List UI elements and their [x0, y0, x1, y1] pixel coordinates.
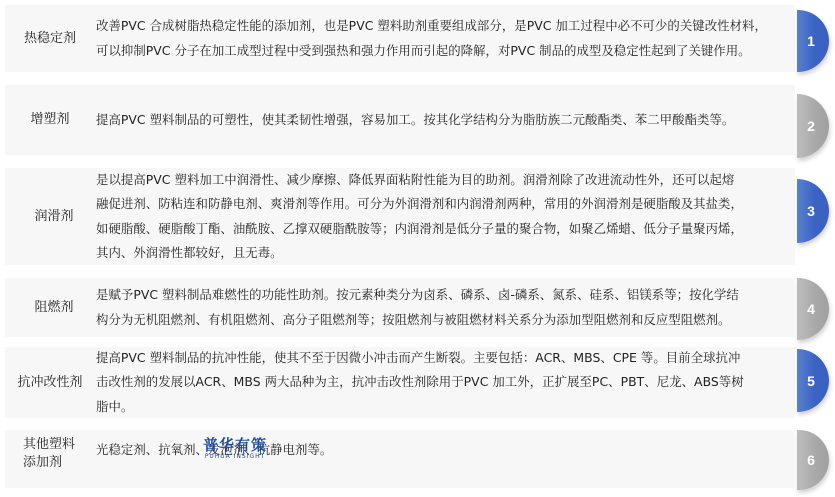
number-badge: 3: [797, 179, 829, 243]
number-badge: 2: [797, 94, 829, 158]
row-description: 提高PVC 塑料制品的抗冲性能，使其不至于因微小冲击而产生断裂。主要包括：ACR…: [96, 347, 788, 418]
row-description: 改善PVC 合成树脂热稳定性能的添加剂，也是PVC 塑料助剂重要组成部分，是PV…: [96, 5, 788, 72]
description-line: 击改性剂的发展以ACR、MBS 两大品种为主，抗冲击改性剂除用于PVC 加工外，…: [96, 370, 744, 395]
row-label: 润滑剂: [5, 168, 95, 265]
description-line: 融促进剂、防粘连和防静电剂、爽滑剂等作用。可分为外润滑剂和内润滑剂两种，常用的外…: [96, 192, 743, 217]
row-label: 其他塑料添加剂: [5, 430, 95, 488]
additive-row-other-additives: 其他塑料添加剂 光稳定剂、抗氧剂、发泡剂、抗静电剂等。 6: [5, 430, 830, 488]
additive-row-impact-modifier: 抗冲改性剂 提高PVC 塑料制品的抗冲性能，使其不至于因微小冲击而产生断裂。主要…: [5, 347, 830, 418]
description-line: 提高PVC 塑料制品的抗冲性能，使其不至于因微小冲击而产生断裂。主要包括：ACR…: [96, 346, 744, 371]
description-line: 可以抑制PVC 分子在加工成型过程中受到强热和强力作用而引起的降解，对PVC 制…: [96, 39, 767, 64]
description-line: 改善PVC 合成树脂热稳定性能的添加剂，也是PVC 塑料助剂重要组成部分，是PV…: [96, 14, 767, 39]
row-label: 热稳定剂: [5, 5, 95, 72]
row-label: 抗冲改性剂: [5, 347, 95, 418]
number-badge: 4: [797, 278, 829, 340]
row-label: 增塑剂: [5, 85, 95, 155]
badge-number: 1: [807, 33, 815, 49]
additive-row-flame-retardant: 阻燃剂 是赋予PVC 塑料制品难燃性的功能性助剂。按元素种类分为卤系、磷系、卤-…: [5, 278, 830, 337]
row-description: 提高PVC 塑料制品的可塑性，使其柔韧性增强，容易加工。按其化学结构分为脂肪族二…: [96, 85, 788, 155]
additive-row-plasticizer: 增塑剂 提高PVC 塑料制品的可塑性，使其柔韧性增强，容易加工。按其化学结构分为…: [5, 85, 830, 155]
description-line: 光稳定剂、抗氧剂、发泡剂、抗静电剂等。: [96, 438, 332, 463]
description-line: 脂中。: [96, 395, 744, 420]
description-line: 提高PVC 塑料制品的可塑性，使其柔韧性增强，容易加工。按其化学结构分为脂肪族二…: [96, 108, 734, 133]
row-label-text: 其他塑料添加剂: [23, 436, 79, 472]
badge-number: 6: [807, 452, 815, 468]
badge-number: 4: [807, 301, 815, 317]
badge-number: 5: [807, 373, 815, 389]
description-line: 是赋予PVC 塑料制品难燃性的功能性助剂。按元素种类分为卤系、磷系、卤-磷系、氮…: [96, 283, 739, 308]
number-badge: 5: [797, 349, 829, 412]
description-line: 构分为无机阻燃剂、有机阻燃剂、高分子阻燃剂等；按阻燃剂与被阻燃材料关系分为添加型…: [96, 308, 739, 333]
row-description: 光稳定剂、抗氧剂、发泡剂、抗静电剂等。: [96, 430, 788, 488]
row-description: 是赋予PVC 塑料制品难燃性的功能性助剂。按元素种类分为卤系、磷系、卤-磷系、氮…: [96, 278, 788, 337]
description-line: 如硬脂酸、硬脂酸丁酯、油酰胺、乙撑双硬脂酰胺等；内润滑剂是低分子量的聚合物，如聚…: [96, 217, 743, 242]
additive-row-lubricant: 润滑剂 是以提高PVC 塑料加工中润滑性、减少摩擦、降低界面粘附性能为目的助剂。…: [5, 168, 830, 265]
description-line: 是以提高PVC 塑料加工中润滑性、减少摩擦、降低界面粘附性能为目的助剂。润滑剂除…: [96, 168, 743, 193]
badge-number: 2: [807, 118, 815, 134]
number-badge: 6: [797, 430, 829, 490]
additive-row-heat-stabilizer: 热稳定剂 改善PVC 合成树脂热稳定性能的添加剂，也是PVC 塑料助剂重要组成部…: [5, 5, 830, 72]
row-description: 是以提高PVC 塑料加工中润滑性、减少摩擦、降低界面粘附性能为目的助剂。润滑剂除…: [96, 168, 788, 265]
badge-number: 3: [807, 203, 815, 219]
description-line: 其内、外润滑性都较好，且无毒。: [96, 241, 743, 266]
number-badge: 1: [797, 10, 829, 72]
row-label: 阻燃剂: [5, 278, 95, 337]
